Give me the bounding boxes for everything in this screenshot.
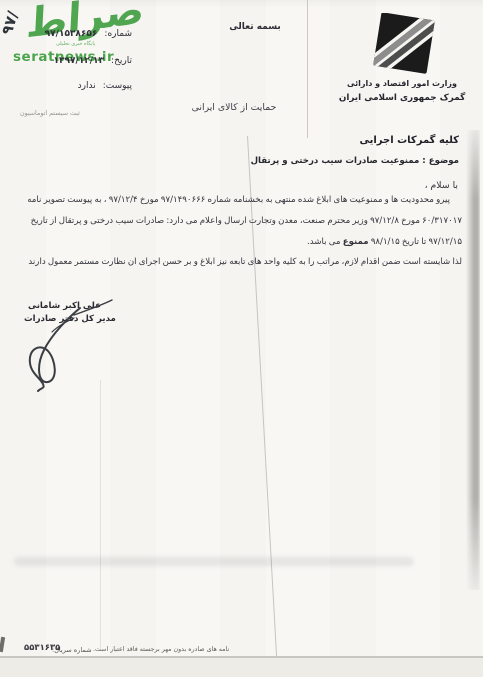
scan-band-bottom [0, 658, 483, 677]
date-value: ۱۳۹۷/۱۲/۱۳ [54, 56, 105, 66]
customs-org-name: گمرک جمهوری اسلامی ایران [338, 93, 466, 103]
body-line-3: ۹۷/۱۲/۱۵ تا تاریخ ۹۸/۱/۱۵ ممنوع می باشد. [28, 237, 462, 253]
attachment-value: ندارد [78, 81, 96, 91]
letter-attachment-row: پیوست:ندارد [26, 81, 132, 91]
scan-shadow-right [466, 130, 480, 590]
body-line-3-post: می باشد. [307, 237, 343, 247]
number-value: ۹۷/۱۵۳۸۶۵۶ [45, 29, 98, 39]
handwritten-note: ۹۷/ [0, 9, 22, 37]
body-line-3-emphasis: ممنوع [343, 237, 369, 247]
customs-logo-icon [366, 13, 438, 79]
serat-watermark-tagline: پایگاه خبری تحلیلی [56, 41, 95, 47]
salutation: با سلام ، [425, 180, 458, 191]
body-line-4: لذا شایسته است ضمن اقدام لازم، مراتب را … [28, 257, 462, 273]
ministry-name: وزارت امور اقتصاد و دارائی [338, 79, 466, 88]
serial-number-value: ۵۵۳۱۶۳۵ [24, 643, 60, 653]
date-label: تاریخ: [111, 56, 132, 66]
scan-smudge [14, 557, 414, 566]
scanned-letter-page: صراط پایگاه خبری تحلیلی seratnews.ir ۹۷/… [0, 0, 483, 677]
number-label: شماره: [104, 29, 132, 39]
year-slogan: حمایت از کالای ایرانی [158, 102, 310, 113]
fold-line-top [307, 0, 308, 138]
bismillah: بسمه تعالی [222, 22, 288, 32]
subject-line: موضوع : ممنوعیت صادرات سیب درختی و پرتقا… [251, 156, 459, 166]
scan-mark-bottom-left [0, 637, 5, 652]
customs-logo-svg [366, 13, 438, 79]
addressee: کلیه گمرکات اجرایی [359, 135, 459, 146]
footer-disclaimer: نامه های صادره بدون مهر برجسته فاقد اعتب… [93, 646, 229, 653]
body-line-3-pre: ۹۷/۱۲/۱۵ تا تاریخ ۹۸/۱/۱۵ [369, 237, 462, 247]
body-line-1: پیرو محدودیت ها و ممنوعیت های ابلاغ شده … [28, 195, 462, 211]
automation-note: ثبت سیستم اتوماسیون [20, 110, 80, 117]
fold-line-center [247, 136, 277, 657]
letter-date-row: تاریخ:۱۳۹۷/۱۲/۱۳ [26, 56, 132, 66]
body-line-2: ۶۰/۳۱۷۰۱۷ مورخ ۹۷/۱۲/۸ وزیر محترم صنعت، … [28, 216, 462, 232]
attachment-label: پیوست: [103, 81, 132, 91]
handwritten-signature [16, 288, 128, 396]
fold-line-faint [100, 380, 101, 648]
letter-number-row: شماره:۹۷/۱۵۳۸۶۵۶ [26, 29, 132, 39]
